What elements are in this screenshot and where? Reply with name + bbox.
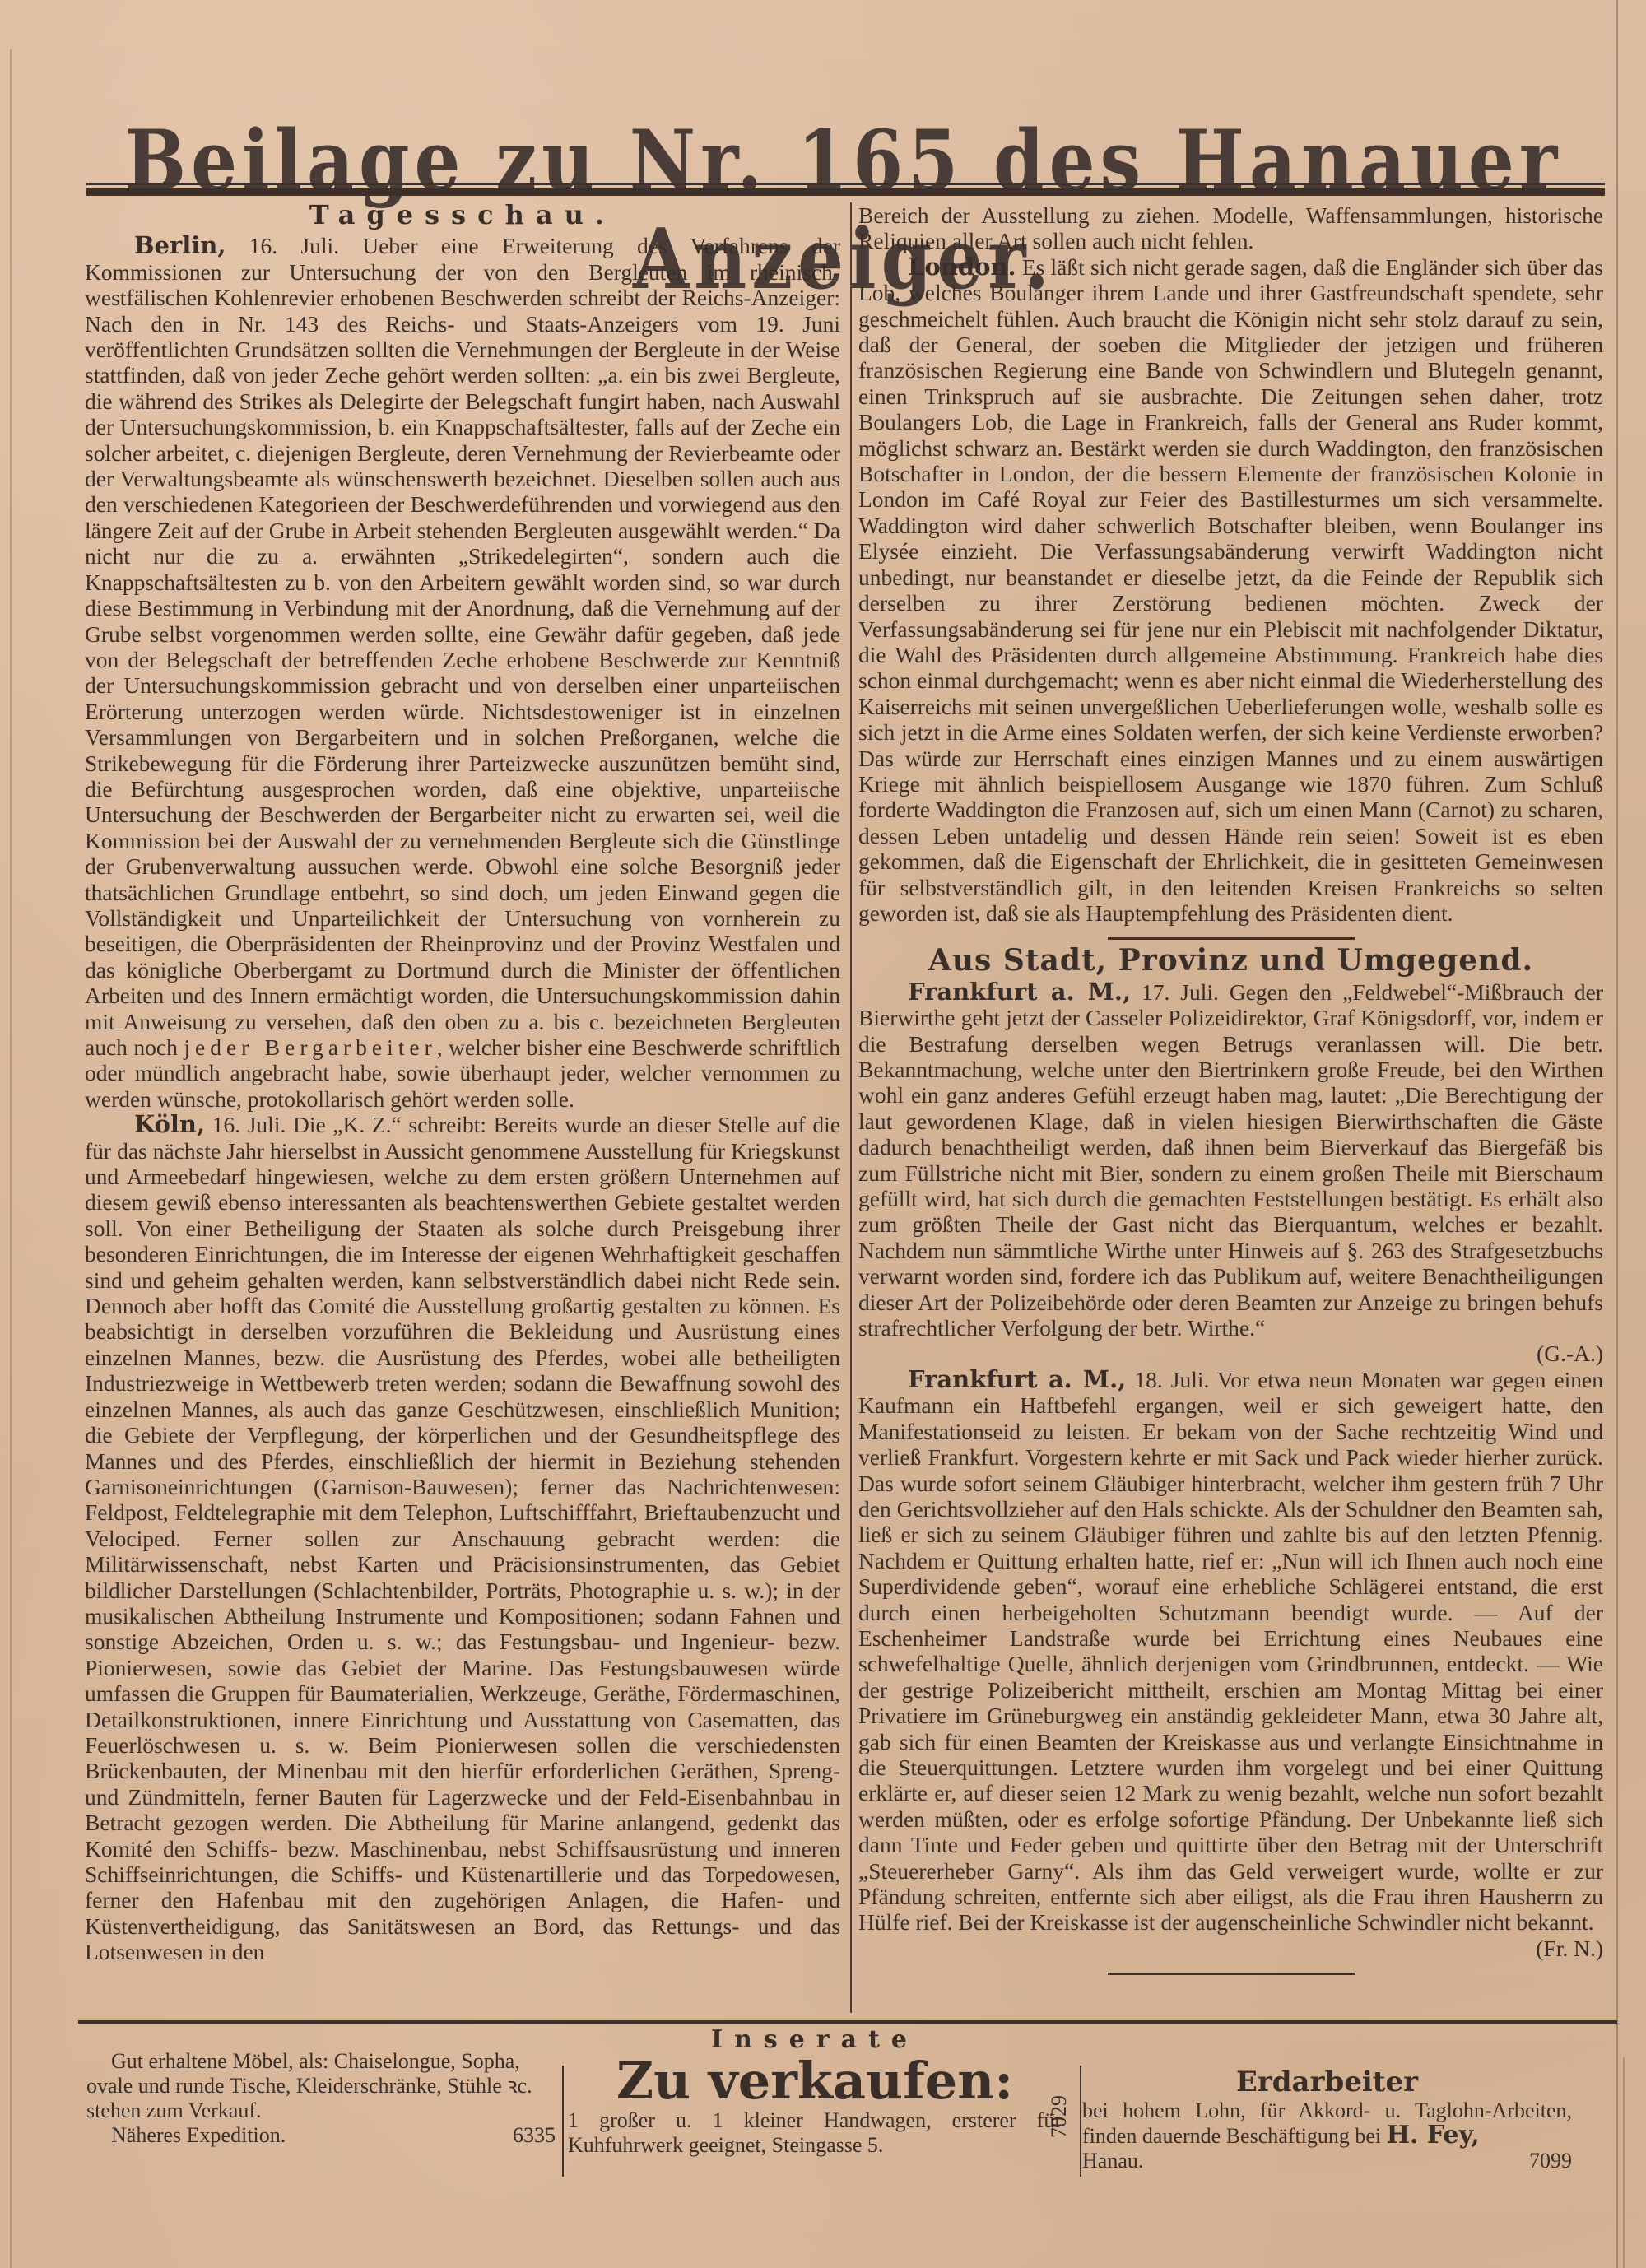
article-frankfurt-18: Frankfurt a. M., 18. Juli. Vor etwa neun… [858,1367,1603,1936]
ad-divider [562,2066,564,2177]
ad-erdarbeiter: Erdarbeiter bei hohem Lohn, für Akkord- … [1082,2066,1572,2173]
page-edge [1616,0,1618,2268]
ad-text: bei hohem Lohn, für Akkord- u. Taglohn-A… [1082,2098,1572,2149]
article-koeln: Köln, 16. Juli. Die „K. Z.“ schreibt: Be… [85,1112,840,1964]
masthead-rule-thick [86,188,1605,196]
article-source: (G.-A.) [858,1341,1603,1366]
dateline: Frankfurt a. M., [908,1365,1126,1393]
masthead-rule-thin [86,183,1605,185]
ads-section-label: Inserate [568,2026,1062,2054]
column-right: Bereich der Ausstellung zu ziehen. Model… [858,202,1603,1983]
article-date: 16. Juli. [205,1112,293,1137]
section-title-lokales: Aus Stadt, Provinz und Umgegend. [858,948,1603,974]
article-text: Vor etwa neun Monaten war gegen einen Ka… [858,1367,1603,1936]
article-london: London. Es läßt sich nicht gerade sagen,… [858,254,1603,927]
dateline: London. [908,253,1016,281]
ads-rule [78,2020,1617,2024]
article-date: 18. Juli. [1126,1367,1217,1392]
column-left: Tagesschau. Berlin, 16. Juli. Ueber eine… [85,202,840,1965]
article-date: 17. Juli. [1131,979,1230,1005]
article-frankfurt-17: Frankfurt a. M., 17. Juli. Gegen den „Fe… [858,979,1603,1341]
ad-place: Hanau. [1082,2149,1143,2173]
ad-headline: Erdarbeiter [1082,2066,1572,2098]
ad-employer: H. Fey, [1387,2121,1480,2149]
article-text: Gegen den „Feldwebel“-Mißbrauch der Bier… [858,979,1603,1341]
ad-text: Gut erhaltene Möbel, als: Chaiselongue, … [86,2049,556,2123]
article-text: Es läßt sich nicht gerade sagen, daß die… [858,254,1603,926]
ad-body: bei hohem Lohn, für Akkord- u. Taglohn-A… [1082,2098,1572,2148]
page-edge [10,49,12,2268]
dateline: Frankfurt a. M., [908,978,1131,1006]
emphasis-text: jeder Bergarbeiter [184,1034,436,1060]
section-title-tagesschau: Tagesschau. [85,202,840,228]
section-divider [1108,937,1355,940]
article-koeln-continued: Bereich der Ausstellung zu ziehen. Model… [858,202,1603,254]
ad-number: 7029 [1047,2095,1072,2138]
dateline: Köln, [134,1110,205,1138]
page-edge [1623,2057,1625,2268]
ad-number: 7099 [1529,2149,1572,2173]
ad-text: 1 großer u. 1 kleiner Handwagen, erstere… [568,2108,1062,2158]
ad-moebel: Gut erhaltene Möbel, als: Chaiselongue, … [86,2049,556,2148]
article-text: Die „K. Z.“ schreibt: Bereits wurde an d… [85,1112,840,1964]
article-date: 16. Juli. [226,233,362,258]
section-divider [1108,1973,1355,1975]
column-divider [850,202,852,2013]
ad-verkaufen: Inserate Zu verkaufen: 1 großer u. 1 kle… [568,2026,1062,2158]
ad-headline: Zu verkaufen: [568,2054,1062,2108]
article-text: Ueber eine Erweiterung des Verfahrens de… [85,233,840,1060]
ad-divider [1080,2066,1081,2177]
article-berlin: Berlin, 16. Juli. Ueber eine Erweiterung… [85,233,840,1112]
article-source: (Fr. N.) [858,1936,1603,1961]
dateline: Berlin, [134,231,226,259]
